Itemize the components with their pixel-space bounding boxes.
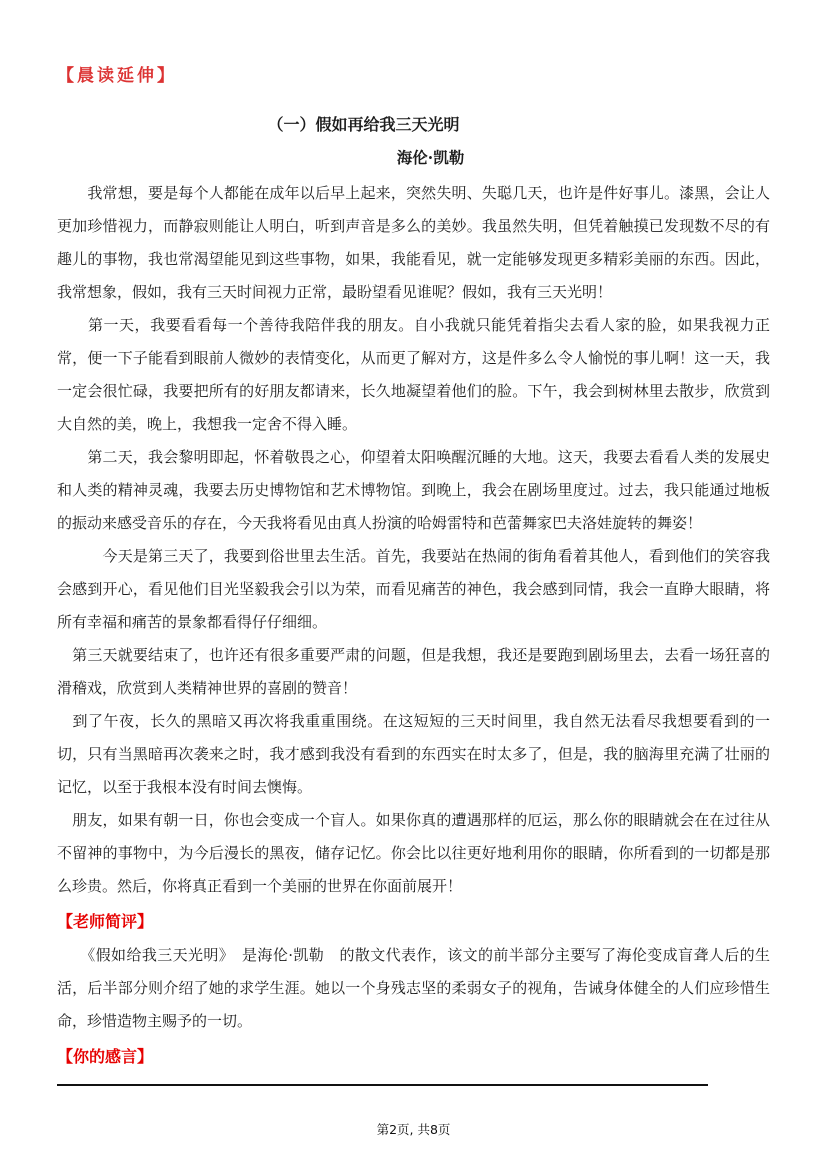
article-body: 我常想，要是每个人都能在成年以后早上起来，突然失明、失聪几天，也许是件好事儿。漆… (57, 177, 770, 903)
article-paragraph: 我常想，要是每个人都能在成年以后早上起来，突然失明、失聪几天，也许是件好事儿。漆… (57, 177, 770, 309)
article-paragraph: 到了午夜，长久的黑暗又再次将我重重围绕。在这短短的三天时间里，我自然无法看尽我想… (57, 705, 770, 804)
article-paragraph: 朋友，如果有朝一日，你也会变成一个盲人。如果你真的遭遇那样的厄运，那么你的眼睛就… (57, 804, 770, 903)
article-author: 海伦·凯勒 (74, 147, 787, 168)
article-paragraph: 第三天就要结束了，也许还有很多重要严肃的问题，但是我想，我还是要跑到剧场里去，去… (57, 639, 770, 705)
article-paragraph: 今天是第三天了，我要到俗世里去生活。首先，我要站在热闹的街角看着其他人，看到他们… (57, 540, 770, 639)
article-paragraph: 第一天，我要看看每一个善待我陪伴我的朋友。自小我就只能凭着指尖去看人家的脸，如果… (57, 309, 770, 441)
section-heading-morning-reading: 【晨读延伸】 (57, 64, 770, 88)
document-content: 【晨读延伸】 （一）假如再给我三天光明 海伦·凯勒 我常想，要是每个人都能在成年… (0, 0, 827, 1086)
section-heading-your-thoughts: 【你的感言】 (57, 1046, 770, 1068)
teacher-comment-paragraph: 《假如给我三天光明》 是海伦·凯勒 的散文代表作，该文的前半部分主要写了海伦变成… (57, 939, 770, 1038)
teacher-comment-body: 《假如给我三天光明》 是海伦·凯勒 的散文代表作，该文的前半部分主要写了海伦变成… (57, 939, 770, 1038)
section-heading-teacher-comment: 【老师简评】 (57, 911, 770, 933)
article-paragraph: 第二天，我会黎明即起，怀着敬畏之心，仰望着太阳唤醒沉睡的大地。这天，我要去看看人… (57, 441, 770, 540)
article-title: （一）假如再给我三天光明 (7, 114, 720, 136)
document-page: 【晨读延伸】 （一）假如再给我三天光明 海伦·凯勒 我常想，要是每个人都能在成年… (0, 0, 827, 1169)
answer-blank-line (57, 1084, 708, 1086)
page-number: 第2页, 共8页 (0, 1120, 827, 1138)
